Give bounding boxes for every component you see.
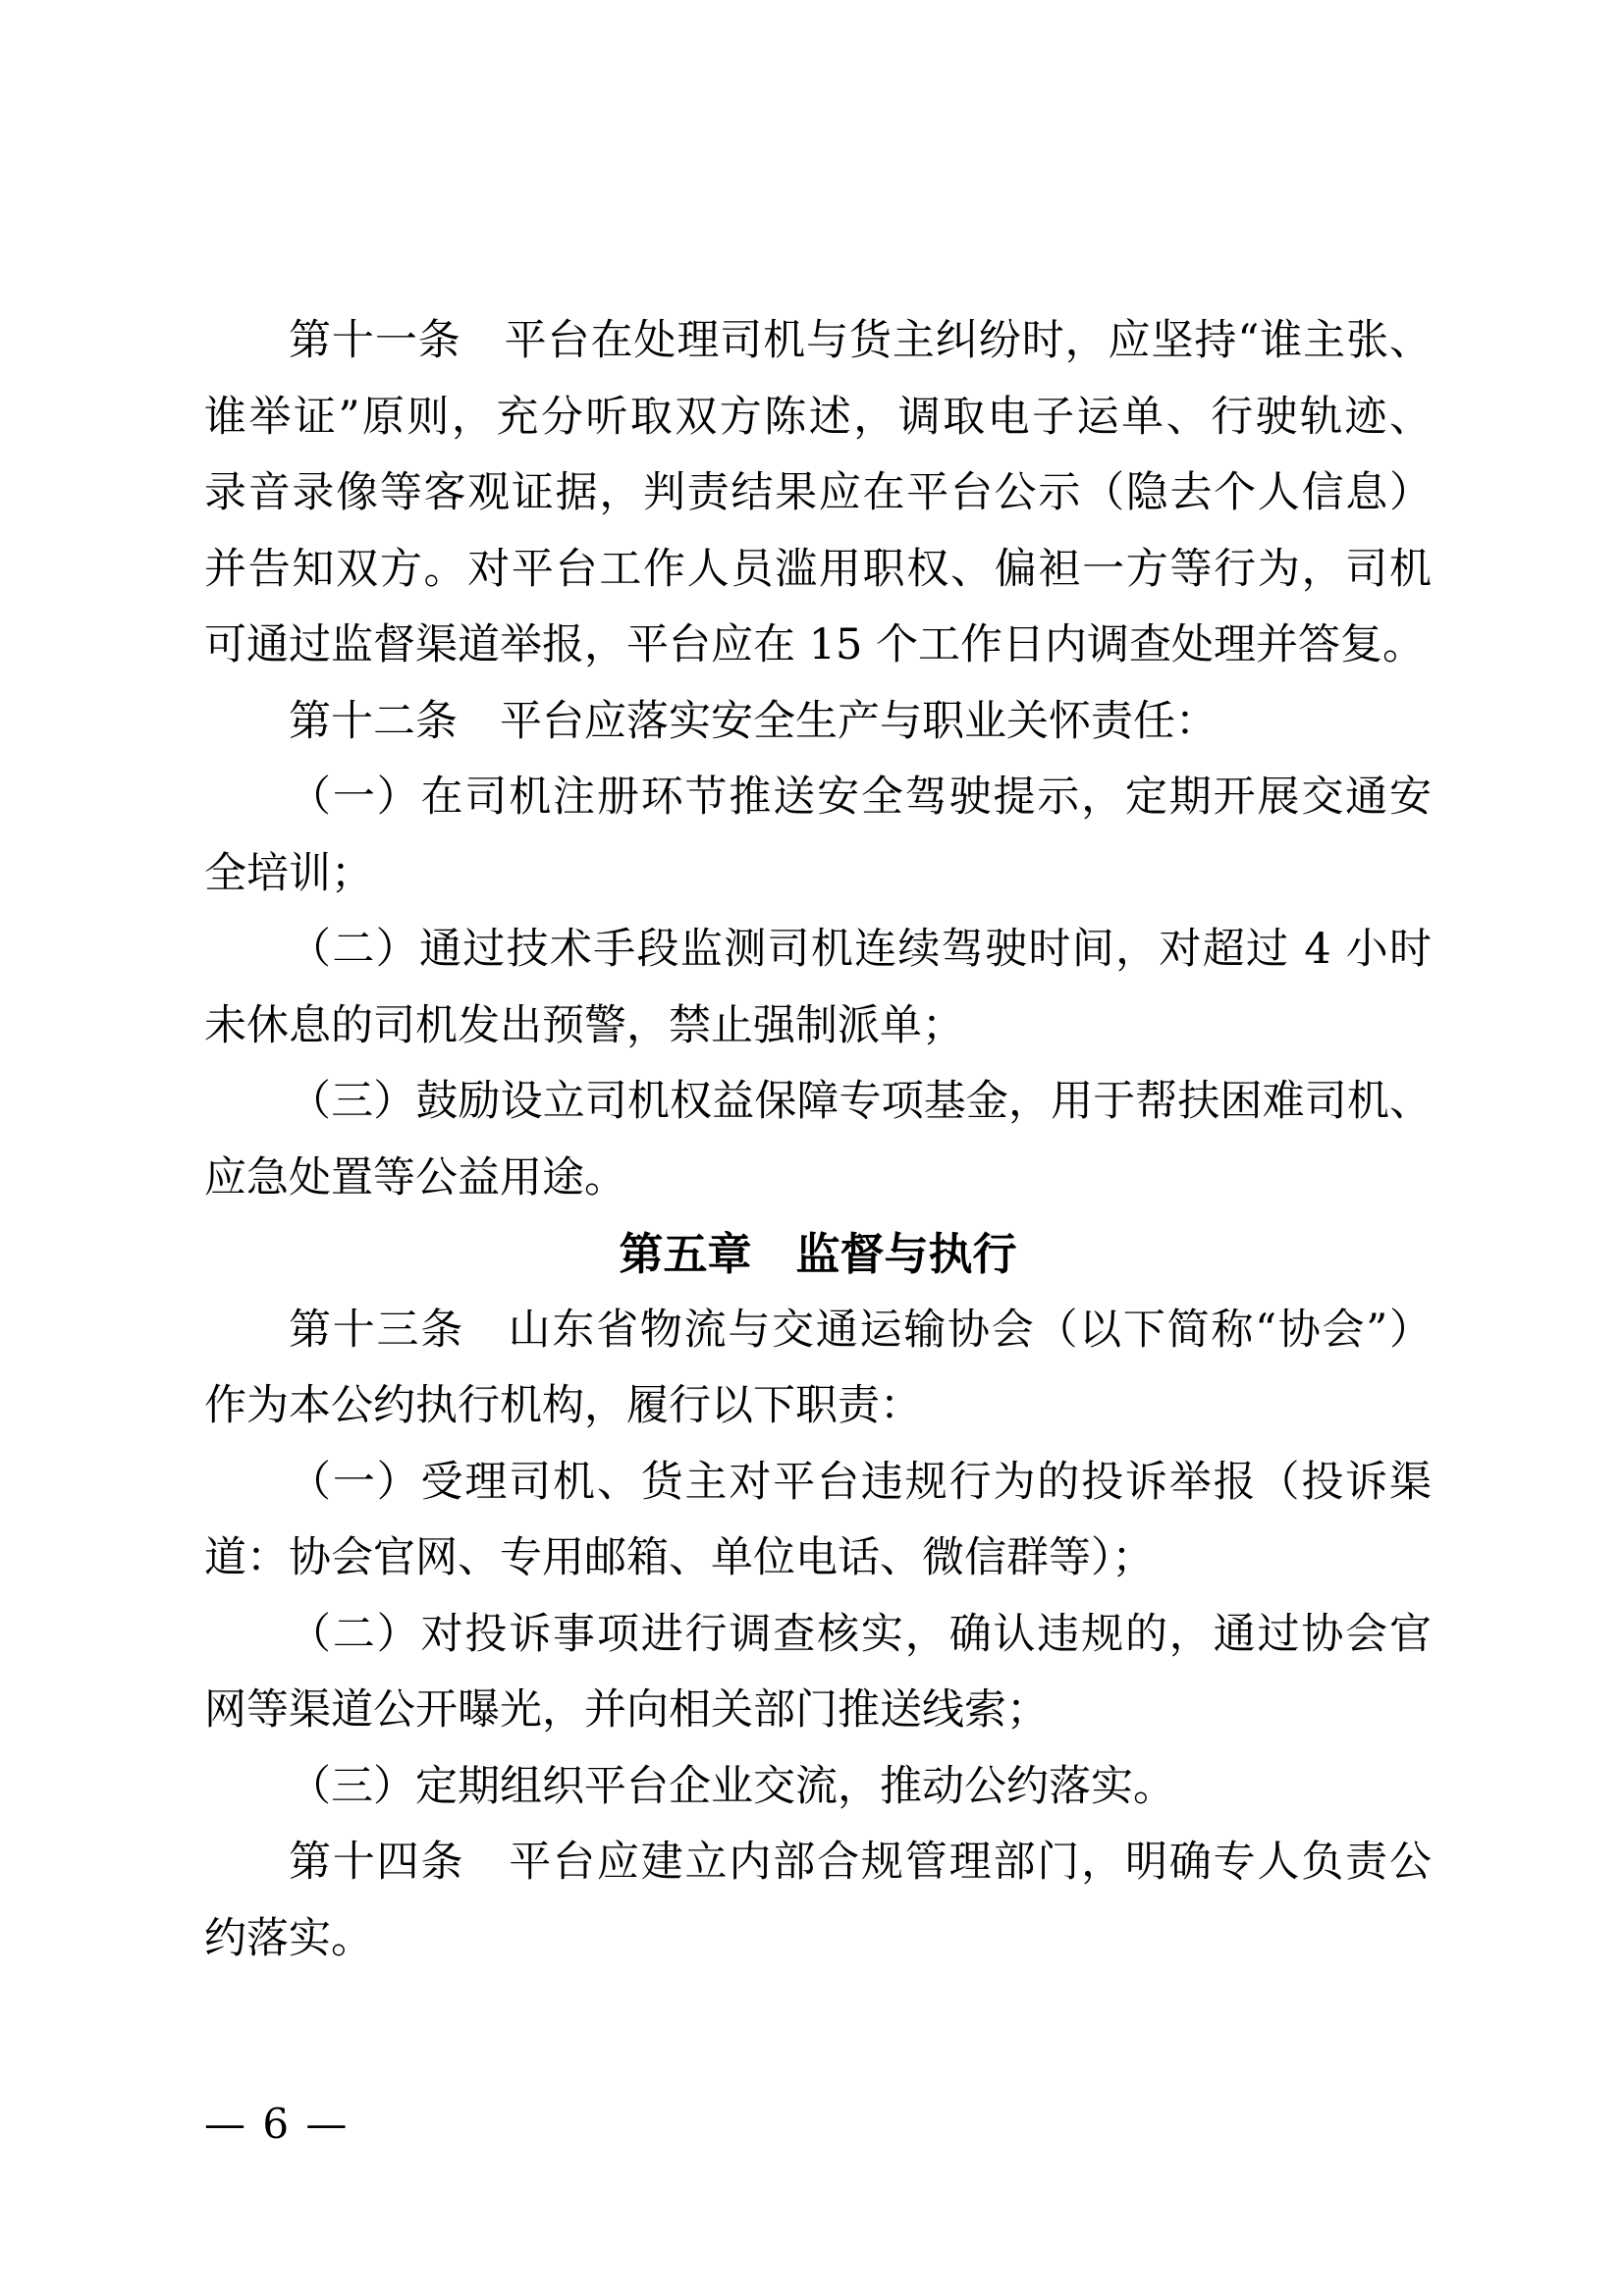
body-line: （一）在司机注册环节推送安全驾驶提示，定期开展交通安 (204, 760, 1432, 836)
body-line: （二）通过技术手段监测司机连续驾驶时间，对超过 4 小时 (204, 912, 1432, 988)
body-line: 未休息的司机发出预警，禁止强制派单； (204, 988, 1432, 1065)
body-line: 第十一条 平台在处理司机与货主纠纷时，应坚持“谁主张、 (204, 303, 1432, 380)
body-line: （一）受理司机、货主对平台违规行为的投诉举报（投诉渠 (204, 1445, 1432, 1522)
body-line: （三）鼓励设立司机权益保障专项基金，用于帮扶困难司机、 (204, 1064, 1432, 1141)
body-line: 谁举证”原则，充分听取双方陈述，调取电子运单、行驶轨迹、 (204, 380, 1432, 456)
body-line: 第十三条 山东省物流与交通运输协会（以下简称“协会”） (204, 1293, 1432, 1369)
chapter-heading: 第五章 监督与执行 (204, 1216, 1432, 1293)
page-number: — 6 — (204, 2095, 349, 2154)
body-line: 第十二条 平台应落实安全生产与职业关怀责任： (204, 684, 1432, 761)
body-line: （三）定期组织平台企业交流，推动公约落实。 (204, 1749, 1432, 1826)
body-line: （二）对投诉事项进行调查核实，确认违规的，通过协会官 (204, 1597, 1432, 1674)
body-line: 可通过监督渠道举报，平台应在 15 个工作日内调查处理并答复。 (204, 608, 1432, 684)
document-page: 第十一条 平台在处理司机与货主纠纷时，应坚持“谁主张、 谁举证”原则，充分听取双… (0, 0, 1624, 2296)
body-line: 全培训； (204, 836, 1432, 913)
body-line: 录音录像等客观证据，判责结果应在平台公示（隐去个人信息） (204, 455, 1432, 532)
body-line: 作为本公约执行机构，履行以下职责： (204, 1368, 1432, 1445)
body-line: 约落实。 (204, 1901, 1432, 1978)
body-line: 道：协会官网、专用邮箱、单位电话、微信群等）； (204, 1521, 1432, 1597)
body-line: 应急处置等公益用途。 (204, 1141, 1432, 1217)
body-line: 第十四条 平台应建立内部合规管理部门，明确专人负责公 (204, 1825, 1432, 1901)
body-line: 网等渠道公开曝光，并向相关部门推送线索； (204, 1673, 1432, 1749)
body-line: 并告知双方。对平台工作人员滥用职权、偏袒一方等行为，司机 (204, 532, 1432, 609)
document-body: 第十一条 平台在处理司机与货主纠纷时，应坚持“谁主张、 谁举证”原则，充分听取双… (204, 303, 1432, 1977)
